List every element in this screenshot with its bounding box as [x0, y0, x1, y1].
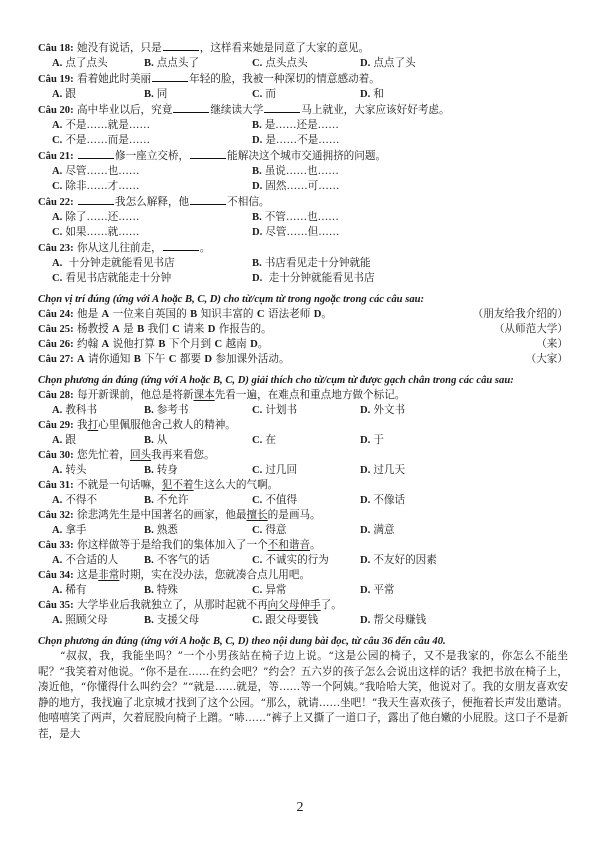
option-c[interactable]: C.不值得 — [252, 493, 360, 508]
options-29: A.跟B.从C.在D.于 — [38, 433, 568, 448]
option-text: 不允许 — [157, 494, 189, 506]
option-text: 不客气的话 — [157, 554, 210, 566]
option-letter: D. — [360, 555, 370, 566]
answer-blank — [264, 102, 300, 113]
question-19: Câu 19: 看着她此时美丽年轻的脸，我被一种深切的情意感动着。 — [38, 71, 568, 87]
seg: 下午 — [144, 353, 165, 365]
slot-c[interactable]: C — [169, 354, 177, 365]
option-letter: C. — [52, 181, 62, 192]
exam-page: Câu 18: 她没有说话，只是，这样看来她是同意了大家的意见。 A.点了点头 … — [38, 40, 568, 742]
option-text: 跟 — [65, 88, 76, 100]
option-letter: C. — [252, 405, 262, 416]
answer-blank — [152, 71, 188, 82]
question-label: Câu 18: — [38, 43, 74, 54]
option-c[interactable]: C.如果……就…… — [52, 225, 252, 240]
option-text: 在 — [265, 434, 276, 446]
question-label: Câu 24: — [38, 309, 74, 320]
option-b[interactable]: B.不客气的话 — [144, 553, 252, 568]
option-b[interactable]: B.特殊 — [144, 583, 252, 598]
question-25: Câu 25: 杨教授 A 是 B 我们 C 请来 D 作报告的。 （从师范大学… — [38, 322, 568, 337]
seg: 越南 — [226, 338, 247, 350]
slot-a[interactable]: A — [102, 309, 110, 320]
question-text: 看着她此时美丽 — [77, 73, 151, 85]
option-letter: A. — [52, 166, 62, 177]
option-c[interactable]: C.计划书 — [252, 403, 360, 418]
option-c[interactable]: C.跟父母要钱 — [252, 613, 360, 628]
option-letter: D. — [360, 615, 370, 626]
option-text: 不是……就是…… — [65, 119, 150, 131]
question-label: Câu 27: — [38, 354, 74, 365]
option-letter: D. — [360, 465, 370, 476]
option-d[interactable]: D.于 — [360, 433, 384, 448]
option-letter: C. — [52, 273, 62, 284]
seg: 语法老师 — [268, 308, 310, 320]
option-d[interactable]: D.满意 — [360, 523, 395, 538]
option-a[interactable]: A.跟 — [52, 87, 144, 102]
question-label: Câu 29: — [38, 420, 74, 431]
question-text: 了。 — [321, 599, 342, 611]
options-23: A. 十分钟走就能看见书店 B.书店看见走十分钟就能 — [38, 256, 568, 271]
option-a[interactable]: A.转头 — [52, 463, 144, 478]
option-letter: A. — [52, 405, 62, 416]
seg: 说他打算 — [113, 338, 155, 350]
option-text: 是……不是…… — [265, 134, 339, 146]
slot-b[interactable]: B — [137, 324, 144, 335]
option-c[interactable]: C.而 — [252, 87, 360, 102]
option-a[interactable]: A.不是……就是…… — [52, 118, 252, 133]
option-letter: D. — [360, 585, 370, 596]
options-19: A.跟 B.同 C.而 D.和 — [38, 87, 568, 102]
option-text: 点点了头 — [373, 57, 415, 69]
slot-c[interactable]: C — [257, 309, 265, 320]
question-label: Câu 32: — [38, 510, 74, 521]
option-text: 特殊 — [157, 584, 178, 596]
option-text: 帮父母赚钱 — [373, 614, 426, 626]
options-35: A.照顾父母B.支援父母C.跟父母要钱D.帮父母赚钱 — [38, 613, 568, 628]
option-letter: B. — [252, 166, 262, 177]
option-letter: B. — [144, 58, 154, 69]
option-text: 拿手 — [65, 524, 86, 536]
section-instruction-position: Chọn vị trí đúng (ứng với A hoặc B, C, D… — [38, 292, 568, 307]
question-22: Câu 22: 我怎么解释，他不相信。 — [38, 194, 568, 210]
question-32: Câu 32: 徐悲鸿先生是中国著名的画家，他最擅长的是画马。 — [38, 508, 568, 523]
option-text: 稀有 — [65, 584, 86, 596]
seg: 他是 — [77, 308, 98, 320]
option-letter: A. — [52, 89, 62, 100]
option-text: 参考书 — [157, 404, 189, 416]
question-label: Câu 30: — [38, 450, 74, 461]
option-letter: C. — [252, 525, 262, 536]
seg: 。 — [321, 308, 332, 320]
option-b[interactable]: B.是……还是…… — [252, 118, 339, 133]
underlined-term: 犯不着 — [162, 479, 194, 491]
word-to-place: （大家） — [526, 352, 568, 367]
question-text: 年轻的脸，我被一种深切的情意感动着。 — [189, 73, 380, 85]
option-d[interactable]: D.不友好的因素 — [360, 553, 437, 568]
option-text: 转身 — [157, 464, 178, 476]
question-text: 时期，实在没办法，您就凑合点儿用吧。 — [119, 569, 310, 581]
seg: 下个月到 — [169, 338, 211, 350]
option-d[interactable]: D.固然……可…… — [252, 179, 339, 194]
question-label: Câu 34: — [38, 570, 74, 581]
question-text: 能解决这个城市交通拥挤的问题。 — [227, 150, 386, 162]
word-to-place: （从师范大学） — [494, 322, 568, 337]
option-d[interactable]: D.帮父母赚钱 — [360, 613, 426, 628]
option-text: 外文书 — [373, 404, 405, 416]
question-label: Câu 25: — [38, 324, 74, 335]
option-a[interactable]: A.不得不 — [52, 493, 144, 508]
seg: 都要 — [180, 353, 201, 365]
options-32: A.拿手B.熟悉C.得意D.满意 — [38, 523, 568, 538]
option-text: 除非……才…… — [65, 180, 139, 192]
seg: 请你通知 — [88, 353, 130, 365]
option-b[interactable]: B.从 — [144, 433, 252, 448]
slot-d[interactable]: D — [204, 354, 212, 365]
slot-a[interactable]: A — [77, 354, 85, 365]
slot-b[interactable]: B — [134, 354, 141, 365]
question-text: 我怎么解释，他 — [115, 196, 189, 208]
option-text: 尽管……但…… — [265, 226, 339, 238]
options-21: A.尽管……也…… B.虽说……也…… — [38, 164, 568, 179]
option-a[interactable]: A.拿手 — [52, 523, 144, 538]
option-text: 不得不 — [65, 494, 97, 506]
option-text: 走十分钟就能看见书店 — [265, 272, 374, 284]
option-text: 固然……可…… — [265, 180, 339, 192]
option-c[interactable]: C.看见书店就能走十分钟 — [52, 271, 252, 286]
option-text: 点头点头 — [265, 57, 307, 69]
option-text: 看见书店就能走十分钟 — [65, 272, 171, 284]
option-text: 书店看见走十分钟就能 — [265, 257, 371, 269]
question-text: 您先忙着， — [77, 449, 130, 461]
option-letter: B. — [144, 89, 154, 100]
option-a[interactable]: A.点了点头 — [52, 56, 144, 71]
question-text: 这是 — [77, 569, 98, 581]
option-text: 虽说……也…… — [265, 165, 339, 177]
word-to-place: （朋友给我介绍的） — [473, 307, 568, 322]
word-to-place: （来） — [536, 337, 568, 352]
option-letter: D. — [360, 525, 370, 536]
question-20: Câu 20: 高中毕业以后，究竟继续读大学马上就业，大家应该好好考虑。 — [38, 102, 568, 118]
option-text: 除了……还…… — [65, 211, 139, 223]
option-a[interactable]: A.照顾父母 — [52, 613, 144, 628]
option-text: 熟悉 — [157, 524, 178, 536]
option-text: 不像话 — [373, 494, 405, 506]
underlined-term: 回头 — [130, 449, 151, 461]
option-letter: B. — [144, 435, 154, 446]
option-text: 不管……也…… — [265, 211, 339, 223]
option-text: 不是……而是…… — [65, 134, 150, 146]
seg: 约翰 — [77, 338, 98, 350]
option-letter: A. — [52, 212, 62, 223]
option-letter: C. — [252, 465, 262, 476]
question-label: Câu 19: — [38, 74, 74, 85]
slot-b[interactable]: B — [190, 309, 197, 320]
option-d[interactable]: D.不像话 — [360, 493, 405, 508]
question-text: 不相信。 — [227, 196, 269, 208]
option-letter: B. — [252, 212, 262, 223]
option-b[interactable]: B.书店看见走十分钟就能 — [252, 256, 371, 271]
answer-blank — [190, 194, 226, 205]
question-text: ，这样看来她是同意了大家的意见。 — [200, 42, 370, 54]
option-text: 异常 — [265, 584, 286, 596]
question-text: 。 — [200, 242, 211, 254]
option-c[interactable]: C.不是……而是…… — [52, 133, 252, 148]
option-letter: D. — [360, 89, 370, 100]
question-label: Câu 31: — [38, 480, 74, 491]
question-text: 马上就业，大家应该好好考虑。 — [301, 104, 449, 116]
seg: 参加课外活动。 — [215, 353, 289, 365]
options-30: A.转头B.转身C.过几回D.过几天 — [38, 463, 568, 478]
option-d[interactable]: D.是……不是…… — [252, 133, 339, 148]
slot-a[interactable]: A — [102, 339, 110, 350]
option-b[interactable]: B.点点头了 — [144, 56, 252, 71]
option-letter: A. — [52, 615, 62, 626]
option-text: 转头 — [65, 464, 86, 476]
options-21b: C.除非……才…… D.固然……可…… — [38, 179, 568, 194]
question-label: Câu 21: — [38, 151, 74, 162]
option-letter: A. — [52, 525, 62, 536]
question-26: Câu 26: 约翰 A 说他打算 B 下个月到 C 越南 D。 （来） — [38, 337, 568, 352]
answer-blank — [190, 148, 226, 159]
slot-c[interactable]: C — [215, 339, 223, 350]
reading-passage: “叔叔，我，我能坐吗？”一个小男孩站在椅子边上说。“这是公园的椅子，又不是我家的… — [38, 649, 568, 742]
slot-b[interactable]: B — [158, 339, 165, 350]
option-text: 如果……就…… — [65, 226, 139, 238]
option-letter: A. — [52, 465, 62, 476]
option-a[interactable]: A.跟 — [52, 433, 144, 448]
option-c[interactable]: C.异常 — [252, 583, 360, 598]
option-letter: A. — [52, 585, 62, 596]
question-label: Câu 28: — [38, 390, 74, 401]
option-letter: D. — [360, 405, 370, 416]
option-text: 而 — [265, 88, 276, 100]
option-text: 从 — [157, 434, 168, 446]
answer-blank — [163, 240, 199, 251]
option-letter: C. — [252, 585, 262, 596]
option-letter: D. — [252, 135, 262, 146]
option-text: 和 — [373, 88, 384, 100]
option-letter: D. — [360, 495, 370, 506]
option-b[interactable]: B.熟悉 — [144, 523, 252, 538]
question-label: Câu 33: — [38, 540, 74, 551]
option-letter: B. — [144, 525, 154, 536]
option-b[interactable]: B.不允许 — [144, 493, 252, 508]
option-d[interactable]: D.过几天 — [360, 463, 405, 478]
question-text: 继续读大学 — [210, 104, 263, 116]
option-letter: D. — [252, 181, 262, 192]
option-letter: C. — [52, 135, 62, 146]
option-b[interactable]: B.转身 — [144, 463, 252, 478]
option-letter: C. — [252, 495, 262, 506]
option-letter: B. — [144, 615, 154, 626]
option-letter: A. — [52, 435, 62, 446]
section-instruction-meaning: Chọn phương án đúng (ứng với A hoặc B, C… — [38, 373, 568, 388]
seg: 是 — [123, 323, 134, 335]
answer-blank — [78, 148, 114, 159]
seg: 。 — [258, 338, 269, 350]
question-text: 生这么大的气啊。 — [194, 479, 279, 491]
question-23: Câu 23: 你从这儿往前走，。 — [38, 240, 568, 256]
seg: 知识丰富的 — [201, 308, 254, 320]
question-text: 修一座立交桥， — [115, 150, 189, 162]
option-text: 不诚实的行为 — [265, 554, 329, 566]
question-18: Câu 18: 她没有说话，只是，这样看来她是同意了大家的意见。 — [38, 40, 568, 56]
option-c[interactable]: C.不诚实的行为 — [252, 553, 360, 568]
option-c[interactable]: C.过几回 — [252, 463, 360, 478]
option-a[interactable]: A.尽管……也…… — [52, 164, 252, 179]
seg: 作报告的。 — [219, 323, 272, 335]
option-text: 支援父母 — [157, 614, 199, 626]
option-letter: A. — [52, 495, 62, 506]
option-letter: D. — [360, 58, 370, 69]
option-text: 跟父母要钱 — [265, 614, 318, 626]
option-letter: A. — [52, 555, 62, 566]
options-28: A.教科书B.参考书C.计划书D.外文书 — [38, 403, 568, 418]
option-text: 过几天 — [373, 464, 405, 476]
slot-d[interactable]: D — [250, 339, 258, 350]
question-27: Câu 27: A 请你通知 B 下午 C 都要 D 参加课外活动。 （大家） — [38, 352, 568, 367]
option-letter: A. — [52, 120, 62, 131]
question-text: 心里佩服他舍己救人的精神。 — [98, 419, 236, 431]
underlined-term: 课本 — [194, 389, 215, 401]
slot-a[interactable]: A — [112, 324, 120, 335]
option-letter: D. — [360, 435, 370, 446]
answer-blank — [173, 102, 209, 113]
question-35: Câu 35: 大学毕业后我就独立了，从那时起就不再向父母伸手了。 — [38, 598, 568, 613]
option-d[interactable]: D.尽管……但…… — [252, 225, 339, 240]
question-text: 先看一遍，在难点和重点地方做个标记。 — [215, 389, 406, 401]
option-text: 于 — [373, 434, 384, 446]
options-31: A.不得不B.不允许C.不值得D.不像话 — [38, 493, 568, 508]
option-c[interactable]: C.点头点头 — [252, 56, 360, 71]
option-letter: C. — [252, 435, 262, 446]
question-text: 徐悲鸿先生是中国著名的画家，他最 — [77, 509, 247, 521]
question-21: Câu 21: 修一座立交桥，能解决这个城市交通拥挤的问题。 — [38, 148, 568, 164]
question-29: Câu 29: 我打心里佩服他舍己救人的精神。 — [38, 418, 568, 433]
option-letter: C. — [252, 555, 262, 566]
option-text: 不友好的因素 — [373, 554, 437, 566]
underlined-term: 擅长 — [246, 509, 267, 521]
option-a[interactable]: A. 十分钟走就能看见书店 — [52, 256, 252, 271]
option-letter: D. — [252, 227, 262, 238]
option-b[interactable]: B.同 — [144, 87, 252, 102]
option-b[interactable]: B.虽说……也…… — [252, 164, 339, 179]
question-text: 大学毕业后我就独立了，从那时起就不再 — [77, 599, 268, 611]
option-a[interactable]: A.除了……还…… — [52, 210, 252, 225]
option-b[interactable]: B.不管……也…… — [252, 210, 339, 225]
option-letter: C. — [252, 615, 262, 626]
option-text: 是……还是…… — [265, 119, 339, 131]
question-text: 你这样做等于是给我们的集体加入了一个 — [77, 539, 268, 551]
option-text: 计划书 — [265, 404, 297, 416]
options-18: A.点了点头 B.点点头了 C.点头点头 D.点点了头 — [38, 56, 568, 71]
options-34: A.稀有B.特殊C.异常D.平常 — [38, 583, 568, 598]
option-text: 点点头了 — [157, 57, 199, 69]
question-text: 每开新课前，他总是将新 — [77, 389, 194, 401]
underlined-term: 打 — [88, 419, 99, 431]
option-b[interactable]: B.参考书 — [144, 403, 252, 418]
question-text: 我再来看您。 — [151, 449, 215, 461]
option-text: 得意 — [265, 524, 286, 536]
option-letter: C. — [52, 227, 62, 238]
option-d[interactable]: D.和 — [360, 87, 384, 102]
question-28: Câu 28: 每开新课前，他总是将新课本先看一遍，在难点和重点地方做个标记。 — [38, 388, 568, 403]
question-label: Câu 23: — [38, 243, 74, 254]
options-22b: C.如果……就…… D.尽管……但…… — [38, 225, 568, 240]
answer-blank — [78, 194, 114, 205]
options-23b: C.看见书店就能走十分钟 D. 走十分钟就能看见书店 — [38, 271, 568, 286]
option-letter: B. — [144, 555, 154, 566]
option-d[interactable]: D.平常 — [360, 583, 395, 598]
question-label: Câu 26: — [38, 339, 74, 350]
option-letter: B. — [144, 495, 154, 506]
option-text: 满意 — [373, 524, 394, 536]
question-label: Câu 35: — [38, 600, 74, 611]
seg: 杨教授 — [77, 323, 109, 335]
option-a[interactable]: A.教科书 — [52, 403, 144, 418]
option-letter: D. — [252, 273, 262, 284]
slot-c[interactable]: C — [172, 324, 180, 335]
option-a[interactable]: A.不合适的人 — [52, 553, 144, 568]
option-letter: A. — [52, 58, 62, 69]
option-text: 尽管……也…… — [65, 165, 139, 177]
options-20b: C.不是……而是…… D.是……不是…… — [38, 133, 568, 148]
option-d[interactable]: D.外文书 — [360, 403, 405, 418]
option-letter: B. — [144, 465, 154, 476]
question-34: Câu 34: 这是非常时期，实在没办法，您就凑合点儿用吧。 — [38, 568, 568, 583]
option-text: 教科书 — [65, 404, 97, 416]
option-text: 同 — [157, 88, 168, 100]
option-text: 照顾父母 — [65, 614, 107, 626]
option-c[interactable]: C.在 — [252, 433, 360, 448]
options-22: A.除了……还…… B.不管……也…… — [38, 210, 568, 225]
seg: 我们 — [148, 323, 169, 335]
page-number: 2 — [0, 800, 600, 816]
option-c[interactable]: C.除非……才…… — [52, 179, 252, 194]
option-d[interactable]: D. 走十分钟就能看见书店 — [252, 271, 375, 286]
underlined-term: 不和谐音 — [268, 539, 310, 551]
option-text: 不值得 — [265, 494, 297, 506]
underlined-term: 非常 — [98, 569, 119, 581]
question-text: 她没有说话，只是 — [77, 42, 162, 54]
option-a[interactable]: A.稀有 — [52, 583, 144, 598]
option-letter: C. — [252, 58, 262, 69]
question-text: 。 — [310, 539, 321, 551]
option-text: 点了点头 — [65, 57, 107, 69]
option-letter: C. — [252, 89, 262, 100]
option-text: 十分钟走就能看见书店 — [65, 257, 174, 269]
options-33: A.不合适的人B.不客气的话C.不诚实的行为D.不友好的因素 — [38, 553, 568, 568]
question-text: 高中毕业以后，究竟 — [77, 104, 172, 116]
question-label: Câu 20: — [38, 105, 74, 116]
seg: 一位来自英国的 — [113, 308, 187, 320]
meaning-questions: Câu 28: 每开新课前，他总是将新课本先看一遍，在难点和重点地方做个标记。A… — [38, 388, 568, 628]
slot-d[interactable]: D — [208, 324, 216, 335]
question-text: 我 — [77, 419, 88, 431]
option-c[interactable]: C.得意 — [252, 523, 360, 538]
option-text: 不合适的人 — [65, 554, 118, 566]
option-d[interactable]: D.点点了头 — [360, 56, 416, 71]
option-letter: B. — [144, 585, 154, 596]
question-24: Câu 24: 他是 A 一位来自英国的 B 知识丰富的 C 语法老师 D。 （… — [38, 307, 568, 322]
seg: 请来 — [183, 323, 204, 335]
question-31: Câu 31: 不就是一句话嘛，犯不着生这么大的气啊。 — [38, 478, 568, 493]
options-20: A.不是……就是…… B.是……还是…… — [38, 118, 568, 133]
option-text: 过几回 — [265, 464, 297, 476]
question-text: 的是画马。 — [268, 509, 321, 521]
option-b[interactable]: B.支援父母 — [144, 613, 252, 628]
option-letter: B. — [252, 258, 262, 269]
